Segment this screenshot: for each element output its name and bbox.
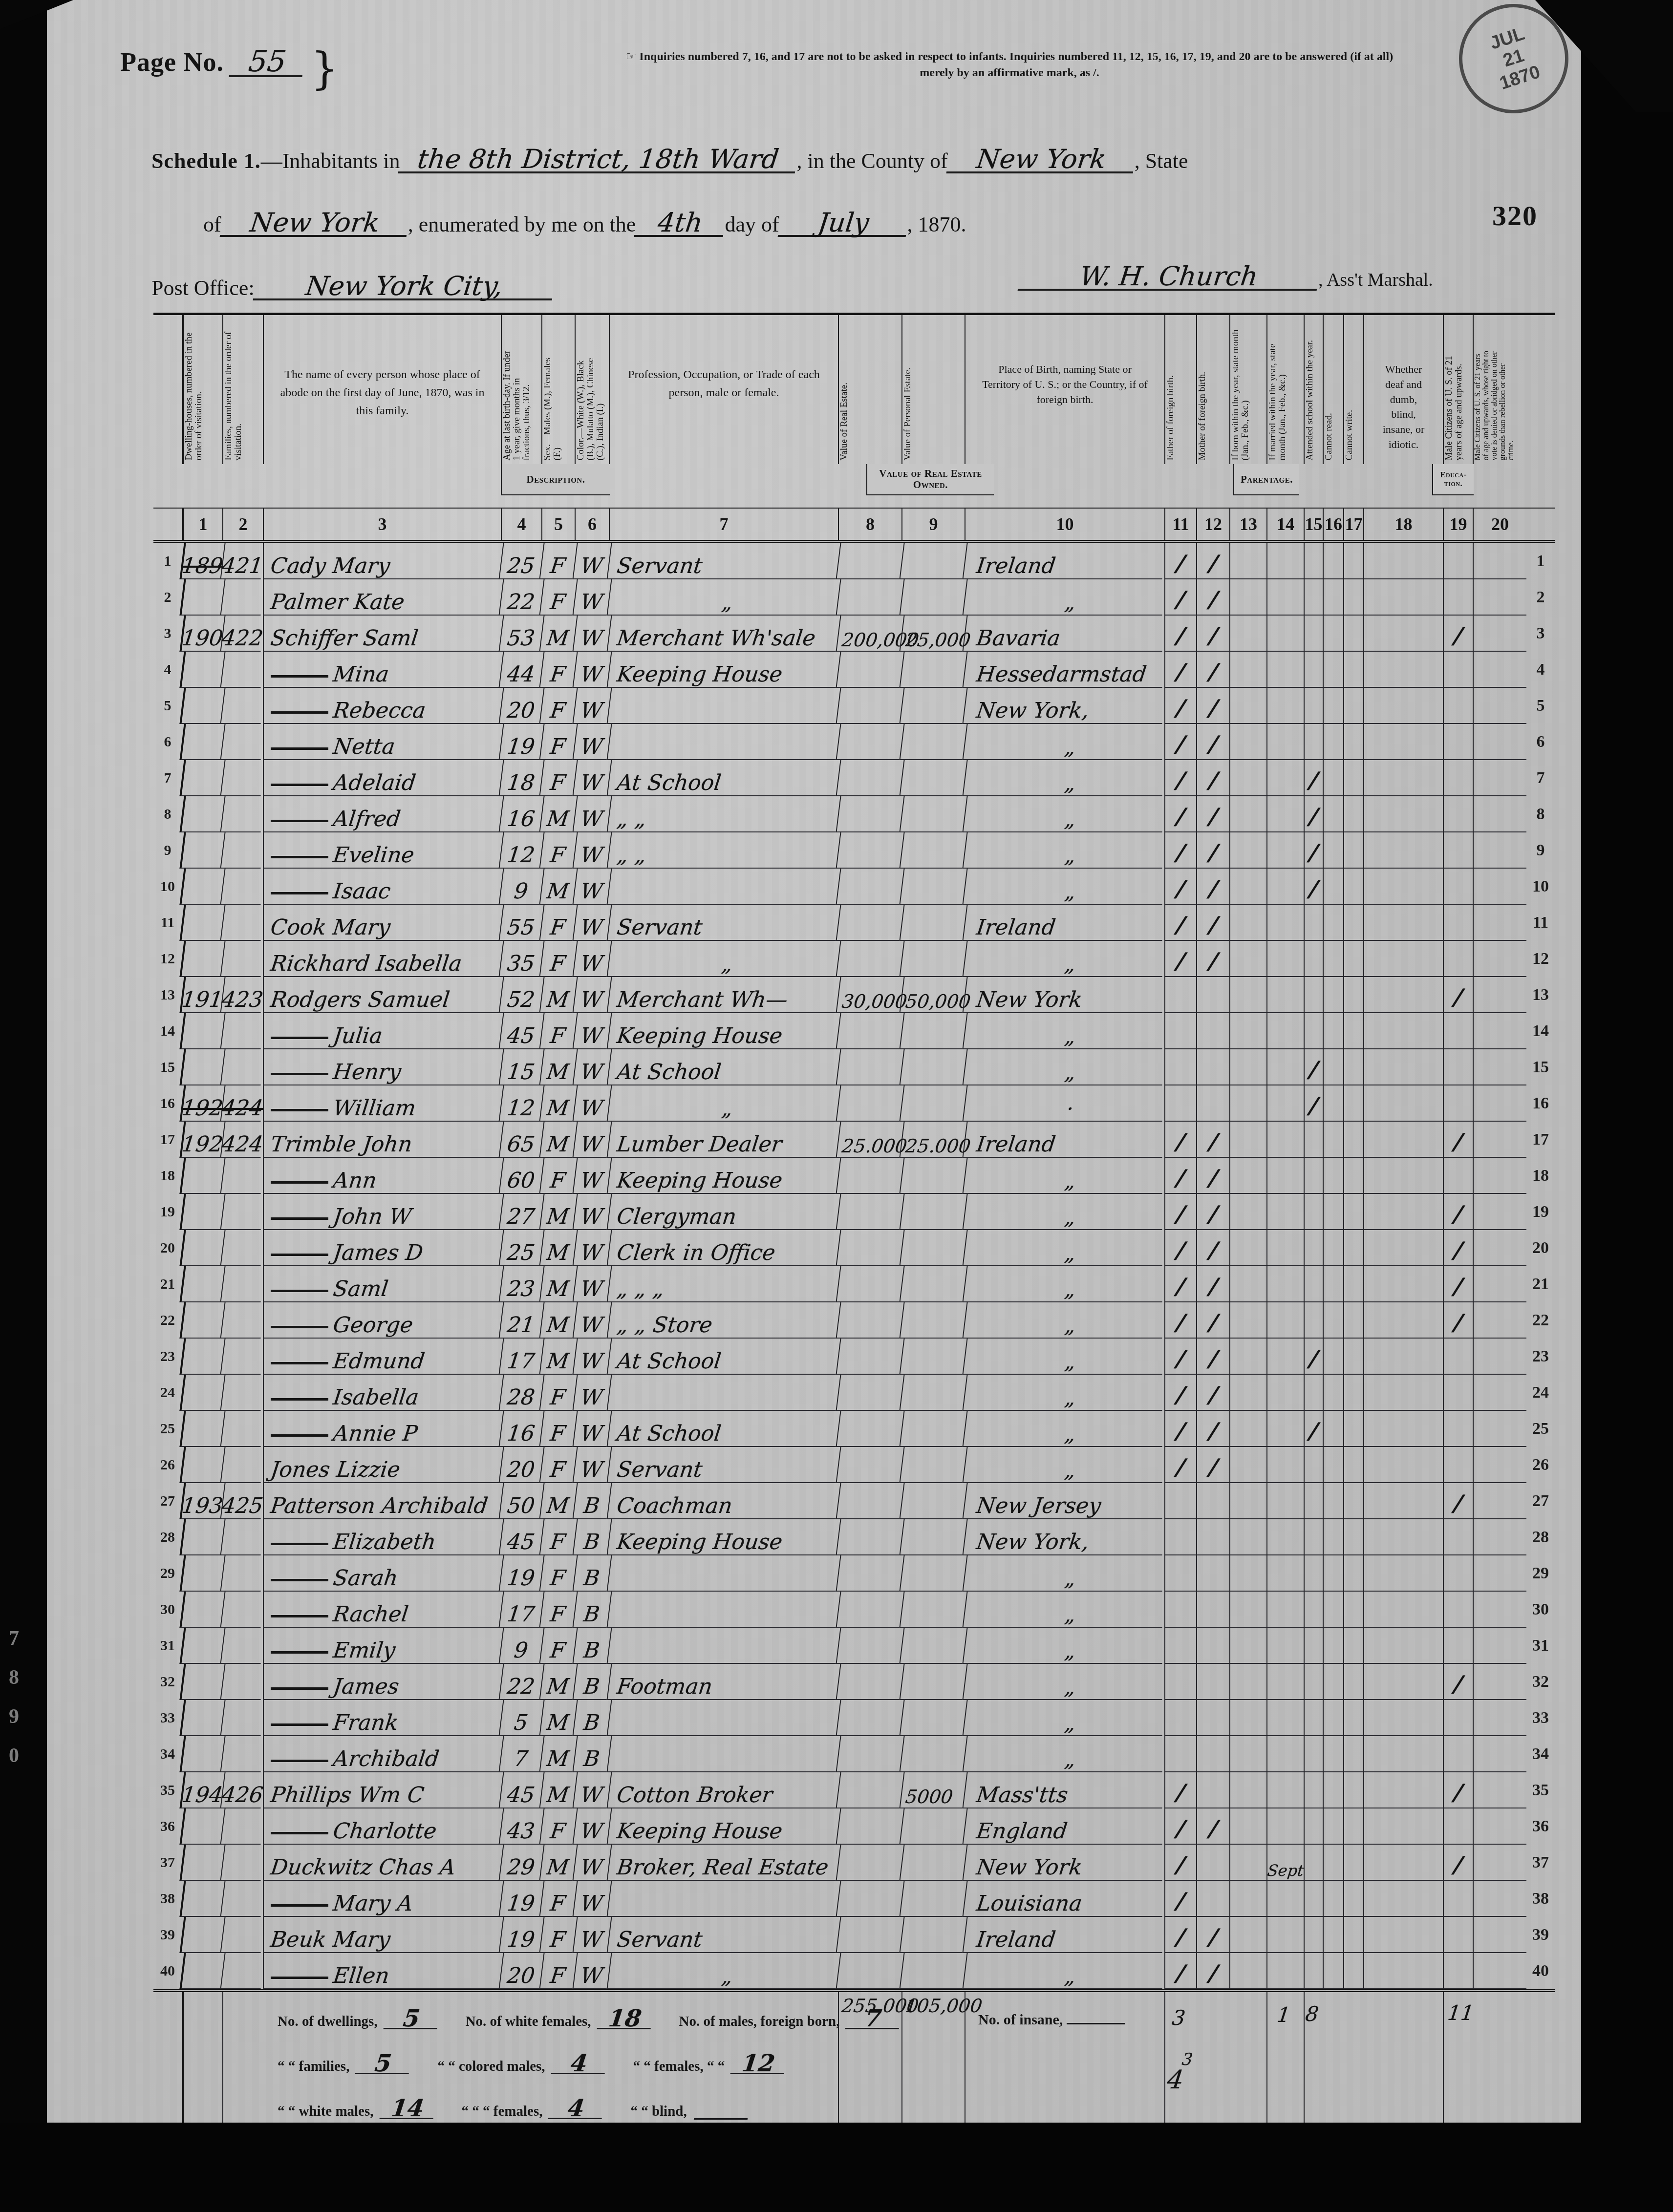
inhabitants-label: —Inhabitants in (261, 149, 400, 173)
cell-color: W (572, 1845, 611, 1881)
census-row-38: 38Mary A19FWLouisiana/38 (153, 1881, 1555, 1917)
cell-sex: F (539, 579, 577, 616)
census-row-36: 36Charlotte43FWKeeping HouseEngland//36 (153, 1808, 1555, 1845)
cell-c16-mark (1323, 1447, 1343, 1483)
surname-ditto-dash (271, 1326, 328, 1328)
cell-c16-mark (1323, 1339, 1343, 1375)
cell-c19-mark (1443, 1411, 1473, 1447)
row-number-right: 35 (1526, 1772, 1555, 1808)
census-row-30: 30Rachel17FB„30 (153, 1592, 1555, 1628)
cell-c17-mark (1343, 1881, 1363, 1917)
cell-c16-mark (1323, 869, 1343, 905)
cell-c16-mark (1323, 977, 1343, 1013)
census-row-17: 17192424Trimble John65MWLumber Dealer25.… (153, 1122, 1555, 1158)
cell-family-number (220, 760, 265, 796)
cell-c17-mark (1343, 579, 1363, 616)
cell-c16-mark (1323, 1230, 1343, 1266)
cell-c18-mark (1363, 1845, 1443, 1881)
cell-c14-mark (1266, 1447, 1304, 1483)
header-col-13: If born within the year, state month (Ja… (1229, 315, 1266, 464)
cell-birthplace: „ (962, 1411, 1166, 1447)
cell-c15-mark (1304, 1808, 1323, 1845)
cell-c18-mark (1363, 796, 1443, 832)
row-number-left: 27 (153, 1483, 182, 1519)
cell-dwelling-number (179, 1845, 224, 1881)
cell-c20-mark (1473, 1122, 1526, 1158)
cell-c17-mark (1343, 543, 1363, 579)
cell-c11-mark: / (1164, 1194, 1196, 1230)
cell-c17-mark (1343, 977, 1363, 1013)
cell-c13-mark (1229, 832, 1266, 869)
cell-dwelling-number (179, 1194, 224, 1230)
cell-dwelling-number: 192 (179, 1122, 224, 1158)
cell-c12-mark (1196, 1555, 1229, 1592)
census-row-11: 11Cook Mary55FWServantIreland//11 (153, 905, 1555, 941)
cell-c20-mark (1473, 579, 1526, 616)
cell-family-number (220, 1230, 265, 1266)
census-row-16: 16192424William12MW„·/16 (153, 1085, 1555, 1122)
cell-sex: M (539, 1230, 577, 1266)
cell-c15-mark (1304, 1881, 1323, 1917)
cell-c14-mark: Sept (1266, 1845, 1304, 1881)
page-number-block: Page No. 55 } (120, 46, 339, 77)
cell-real-estate-value: 25.000 (836, 1122, 903, 1158)
cell-dwelling-number (179, 579, 224, 616)
row-number-right: 4 (1526, 652, 1555, 688)
cell-c19-mark (1443, 832, 1473, 869)
cell-c11-mark: / (1164, 1881, 1196, 1917)
cell-sex: M (539, 796, 577, 832)
cell-c18-mark (1363, 1375, 1443, 1411)
cell-c14-mark (1266, 1194, 1304, 1230)
cell-c13-mark (1229, 1049, 1266, 1085)
cell-c15-mark (1304, 1375, 1323, 1411)
cell-c20-mark (1473, 1953, 1526, 1989)
cell-age: 18 (498, 760, 543, 796)
cell-c19-mark (1443, 1881, 1473, 1917)
cell-c17-mark (1343, 941, 1363, 977)
census-row-6: 6Netta19FW„//6 (153, 724, 1555, 760)
schedule-heading-line2: of New York , enumerated by me on the 4t… (203, 210, 966, 237)
cell-c16-mark (1323, 579, 1343, 616)
cell-c14-mark (1266, 1375, 1304, 1411)
cell-dwelling-number: 191 (179, 977, 224, 1013)
cell-age: 53 (498, 616, 543, 652)
cell-real-estate-value (836, 1483, 903, 1519)
row-number-right: 36 (1526, 1808, 1555, 1845)
instructions-note: ☞ Inquiries numbered 7, 16, and 17 are n… (457, 49, 1562, 81)
cell-dwelling-number: 192 (179, 1085, 224, 1122)
county-label: , in the County of (796, 149, 947, 173)
cell-c13-mark (1229, 1736, 1266, 1772)
row-number-right: 2 (1526, 579, 1555, 616)
cell-family-number (220, 1555, 265, 1592)
cell-c15-mark (1304, 1700, 1323, 1736)
cell-real-estate-value (836, 1013, 903, 1049)
cell-c13-mark (1229, 1447, 1266, 1483)
cell-c11-mark (1164, 1592, 1196, 1628)
cell-color: W (572, 579, 611, 616)
footer-personal-estate-total: 105,000 (901, 1992, 965, 2132)
row-number-left: 13 (153, 977, 182, 1013)
column-number-14: 14 (1266, 509, 1304, 540)
row-number-left: 5 (153, 688, 182, 724)
cell-sex: M (539, 1194, 577, 1230)
cell-family-number (220, 1808, 265, 1845)
cell-dwelling-number (179, 688, 224, 724)
cell-c20-mark (1473, 1736, 1526, 1772)
census-row-28: 28Elizabeth45FBKeeping HouseNew York,28 (153, 1519, 1555, 1555)
cell-c18-mark (1363, 1917, 1443, 1953)
cell-name: Palmer Kate (263, 579, 501, 616)
cell-real-estate-value (836, 724, 903, 760)
cell-birthplace: Ireland (962, 1917, 1166, 1953)
cell-personal-estate-value (899, 1845, 966, 1881)
cell-c15-mark (1304, 977, 1323, 1013)
header-col-12: Mother of foreign birth. (1196, 315, 1229, 464)
cell-c19-mark (1443, 1013, 1473, 1049)
header-col-19: Male Citizens of U. S. of 21 years of ag… (1443, 315, 1473, 464)
stamp-year: 1870 (1497, 62, 1543, 94)
row-number-left: 38 (153, 1881, 182, 1917)
header-col-11: Father of foreign birth. (1164, 315, 1196, 464)
cell-color: W (572, 1302, 611, 1339)
surname-ditto-dash (271, 1687, 328, 1690)
cell-color: W (572, 796, 611, 832)
cell-name: Annie P (263, 1411, 501, 1447)
cell-c17-mark (1343, 1483, 1363, 1519)
cell-c16-mark (1323, 1555, 1343, 1592)
surname-ditto-dash (271, 1543, 328, 1545)
cell-c20-mark (1473, 1664, 1526, 1700)
row-number-left: 8 (153, 796, 182, 832)
cell-c17-mark (1343, 1628, 1363, 1664)
cell-sex: F (539, 1555, 577, 1592)
cell-c12-mark: / (1196, 579, 1229, 616)
cell-c14-mark (1266, 1230, 1304, 1266)
cell-age: 45 (498, 1013, 543, 1049)
cell-c16-mark (1323, 1013, 1343, 1049)
cell-c13-mark (1229, 1917, 1266, 1953)
cell-dwelling-number (179, 1013, 224, 1049)
cell-dwelling-number: 193 (179, 1483, 224, 1519)
cell-c14-mark (1266, 1736, 1304, 1772)
cell-dwelling-number (179, 1049, 224, 1085)
surname-ditto-dash (271, 856, 328, 858)
cell-occupation: „ (606, 1085, 840, 1122)
cell-family-number (220, 724, 265, 760)
cell-c16-mark (1323, 1483, 1343, 1519)
cell-age: 20 (498, 688, 543, 724)
cell-c17-mark (1343, 1736, 1363, 1772)
cell-c11-mark: / (1164, 796, 1196, 832)
cell-birthplace: „ (962, 832, 1166, 869)
cell-personal-estate-value: 25.000 (899, 1122, 966, 1158)
cell-real-estate-value (836, 1411, 903, 1447)
cell-c16-mark (1323, 1375, 1343, 1411)
row-number-left: 31 (153, 1628, 182, 1664)
cell-c13-mark (1229, 869, 1266, 905)
cell-c19-mark (1443, 652, 1473, 688)
cell-family-number: 424 (220, 1085, 265, 1122)
cell-c17-mark (1343, 1339, 1363, 1375)
cell-c19-mark: / (1443, 1483, 1473, 1519)
cell-sex: M (539, 1049, 577, 1085)
cell-sex: F (539, 1628, 577, 1664)
cell-family-number (220, 1266, 265, 1302)
cell-c20-mark (1473, 543, 1526, 579)
cell-c14-mark (1266, 796, 1304, 832)
cell-c11-mark: / (1164, 1302, 1196, 1339)
cell-real-estate-value (836, 760, 903, 796)
cell-name: Mina (263, 652, 501, 688)
census-row-15: 15Henry15MWAt School„/15 (153, 1049, 1555, 1085)
cell-c12-mark: / (1196, 1411, 1229, 1447)
cell-birthplace: „ (962, 869, 1166, 905)
cell-c17-mark (1343, 1085, 1363, 1122)
cell-c14-mark (1266, 832, 1304, 869)
cell-c18-mark (1363, 1881, 1443, 1917)
page-stamp-number: 320 (1492, 199, 1538, 232)
cell-real-estate-value (836, 905, 903, 941)
cell-c17-mark (1343, 652, 1363, 688)
cell-c17-mark (1343, 1158, 1363, 1194)
cell-c11-mark: / (1164, 1266, 1196, 1302)
column-number-13: 13 (1229, 509, 1266, 540)
cell-sex: F (539, 724, 577, 760)
cell-c20-mark (1473, 905, 1526, 941)
cell-c19-mark (1443, 688, 1473, 724)
cell-name: Mary A (263, 1881, 501, 1917)
cell-c12-mark (1196, 1519, 1229, 1555)
cell-color: W (572, 724, 611, 760)
row-number-left: 2 (153, 579, 182, 616)
cell-c18-mark (1363, 760, 1443, 796)
cell-c19-mark (1443, 1592, 1473, 1628)
cell-c17-mark (1343, 1664, 1363, 1700)
cell-c13-mark (1229, 905, 1266, 941)
cell-c13-mark (1229, 1664, 1266, 1700)
surname-ditto-dash (271, 1723, 328, 1726)
cell-family-number (220, 941, 265, 977)
header-col-4: Age at last birth-day. If under 1 year, … (501, 315, 541, 464)
cell-c11-mark: / (1164, 832, 1196, 869)
cell-name: Netta (263, 724, 501, 760)
cell-personal-estate-value (899, 869, 966, 905)
cell-c17-mark (1343, 1772, 1363, 1808)
footer-line-2: “ “ families,5 “ “ colored males,4 “ “ f… (278, 2054, 838, 2074)
cell-age: 21 (498, 1302, 543, 1339)
row-number-right: 26 (1526, 1447, 1555, 1483)
census-row-21: 21Saml23MW„ „ „„///21 (153, 1266, 1555, 1302)
cell-birthplace: „ (962, 1339, 1166, 1375)
cell-c13-mark (1229, 616, 1266, 652)
cell-family-number (220, 1339, 265, 1375)
row-number-left: 9 (153, 832, 182, 869)
cell-sex: F (539, 652, 577, 688)
cell-name: Patterson Archibald (263, 1483, 501, 1519)
cell-c17-mark (1343, 760, 1363, 796)
cell-c12-mark: / (1196, 1953, 1229, 1989)
cell-c15-mark: / (1304, 760, 1323, 796)
cell-c13-mark (1229, 579, 1266, 616)
cell-c20-mark (1473, 652, 1526, 688)
cell-dwelling-number (179, 1664, 224, 1700)
cell-c12-mark: / (1196, 543, 1229, 579)
cell-c16-mark (1323, 543, 1343, 579)
cell-occupation: Servant (606, 543, 840, 579)
cell-c14-mark (1266, 1700, 1304, 1736)
cell-sex: M (539, 977, 577, 1013)
cell-c19-mark: / (1443, 1122, 1473, 1158)
header-col-20: Male Citizens of U. S. of 21 years of ag… (1473, 315, 1526, 464)
row-number-right: 34 (1526, 1736, 1555, 1772)
cell-c14-mark (1266, 760, 1304, 796)
cell-color: W (572, 1375, 611, 1411)
cell-c18-mark (1363, 1555, 1443, 1592)
cell-c16-mark (1323, 1808, 1343, 1845)
cell-name: Jones Lizzie (263, 1447, 501, 1483)
cell-sex: M (539, 1339, 577, 1375)
cell-c12-mark: / (1196, 1194, 1229, 1230)
cell-c17-mark (1343, 1555, 1363, 1592)
cell-c11-mark: / (1164, 905, 1196, 941)
row-number-right: 16 (1526, 1085, 1555, 1122)
cell-real-estate-value: 30,000 (836, 977, 903, 1013)
cell-c11-mark: / (1164, 1953, 1196, 1989)
row-number-left: 39 (153, 1917, 182, 1953)
cell-color: B (572, 1664, 611, 1700)
cell-c14-mark (1266, 579, 1304, 616)
header-col-7: Profession, Occupation, or Trade of each… (609, 315, 838, 464)
cell-c11-mark: / (1164, 1845, 1196, 1881)
cell-personal-estate-value (899, 1808, 966, 1845)
cell-c12-mark (1196, 1700, 1229, 1736)
cell-c17-mark (1343, 1592, 1363, 1628)
cell-occupation: At School (606, 1049, 840, 1085)
cell-family-number: 424 (220, 1122, 265, 1158)
cell-c16-mark (1323, 1772, 1343, 1808)
surname-ditto-dash (271, 675, 328, 678)
cell-occupation (606, 869, 840, 905)
table-footer: No. of dwellings,5 No. of white females,… (153, 1989, 1555, 2137)
row-number-right: 18 (1526, 1158, 1555, 1194)
cell-occupation: „ „ „ (606, 1266, 840, 1302)
cell-personal-estate-value (899, 1194, 966, 1230)
row-number-left: 35 (153, 1772, 182, 1808)
cell-c11-mark (1164, 977, 1196, 1013)
cell-occupation (606, 724, 840, 760)
cell-c11-mark (1164, 1664, 1196, 1700)
cell-c16-mark (1323, 1519, 1343, 1555)
cell-c17-mark (1343, 905, 1363, 941)
cell-age: 19 (498, 1555, 543, 1592)
footer-line-1: No. of dwellings,5 No. of white females,… (278, 2009, 838, 2029)
cell-c11-mark: / (1164, 1339, 1196, 1375)
cell-family-number (220, 1519, 265, 1555)
cell-c12-mark (1196, 977, 1229, 1013)
cell-name: Beuk Mary (263, 1917, 501, 1953)
cell-color: B (572, 1519, 611, 1555)
cell-c16-mark (1323, 905, 1343, 941)
cell-occupation (606, 1700, 840, 1736)
column-number-7: 7 (609, 509, 838, 540)
cell-c14-mark (1266, 616, 1304, 652)
cell-c16-mark (1323, 1736, 1343, 1772)
cell-age: 22 (498, 1664, 543, 1700)
cell-birthplace: New Jersey (962, 1483, 1166, 1519)
cell-color: W (572, 1411, 611, 1447)
cell-occupation: Broker, Real Estate (606, 1845, 840, 1881)
cell-c15-mark (1304, 1230, 1323, 1266)
cell-c16-mark (1323, 1158, 1343, 1194)
cell-c14-mark (1266, 1519, 1304, 1555)
row-number-right: 3 (1526, 616, 1555, 652)
cell-sex: F (539, 1808, 577, 1845)
header-col-14: If married within the year, state month … (1266, 315, 1304, 464)
cell-color: B (572, 1555, 611, 1592)
cell-c14-mark (1266, 543, 1304, 579)
cell-occupation: Keeping House (606, 1158, 840, 1194)
cell-name: Isabella (263, 1375, 501, 1411)
cell-real-estate-value (836, 1049, 903, 1085)
cell-c12-mark (1196, 1772, 1229, 1808)
cell-c15-mark: / (1304, 1085, 1323, 1122)
cell-c18-mark (1363, 977, 1443, 1013)
column-number-6: 6 (575, 509, 609, 540)
cell-dwelling-number (179, 1555, 224, 1592)
cell-occupation: Merchant Wh'sale (606, 616, 840, 652)
cell-color: W (572, 1122, 611, 1158)
cell-c16-mark (1323, 1122, 1343, 1158)
state-tail-label: , State (1135, 149, 1188, 173)
cell-c15-mark (1304, 1953, 1323, 1989)
cell-c19-mark (1443, 1158, 1473, 1194)
cell-name: Rickhard Isabella (263, 941, 501, 977)
cell-birthplace: New York (962, 977, 1166, 1013)
cell-family-number (220, 1194, 265, 1230)
cell-real-estate-value (836, 579, 903, 616)
cell-c16-mark (1323, 1592, 1343, 1628)
row-number-right: 31 (1526, 1628, 1555, 1664)
cell-color: W (572, 1953, 611, 1989)
cell-sex: F (539, 832, 577, 869)
footer-mark-11: 3 4 3 (1164, 1992, 1196, 2132)
cell-name: Charlotte (263, 1808, 501, 1845)
cell-sex: F (539, 941, 577, 977)
cell-c15-mark: / (1304, 1339, 1323, 1375)
cell-c18-mark (1363, 688, 1443, 724)
cell-c12-mark: / (1196, 796, 1229, 832)
cell-c13-mark (1229, 1411, 1266, 1447)
cell-c19-mark (1443, 1736, 1473, 1772)
cell-real-estate-value (836, 652, 903, 688)
cell-dwelling-number (179, 1302, 224, 1339)
cell-personal-estate-value (899, 1664, 966, 1700)
cell-family-number (220, 1736, 265, 1772)
cell-c15-mark (1304, 1194, 1323, 1230)
cell-c18-mark (1363, 869, 1443, 905)
cell-real-estate-value (836, 1808, 903, 1845)
cell-c13-mark (1229, 1845, 1266, 1881)
cell-c18-mark (1363, 1266, 1443, 1302)
cell-c19-mark: / (1443, 1230, 1473, 1266)
column-number-20: 20 (1473, 509, 1526, 540)
cell-c11-mark: / (1164, 1411, 1196, 1447)
column-number-4: 4 (501, 509, 541, 540)
cell-name: Rodgers Samuel (263, 977, 501, 1013)
post-office-line: Post Office: New York City, (151, 274, 554, 300)
